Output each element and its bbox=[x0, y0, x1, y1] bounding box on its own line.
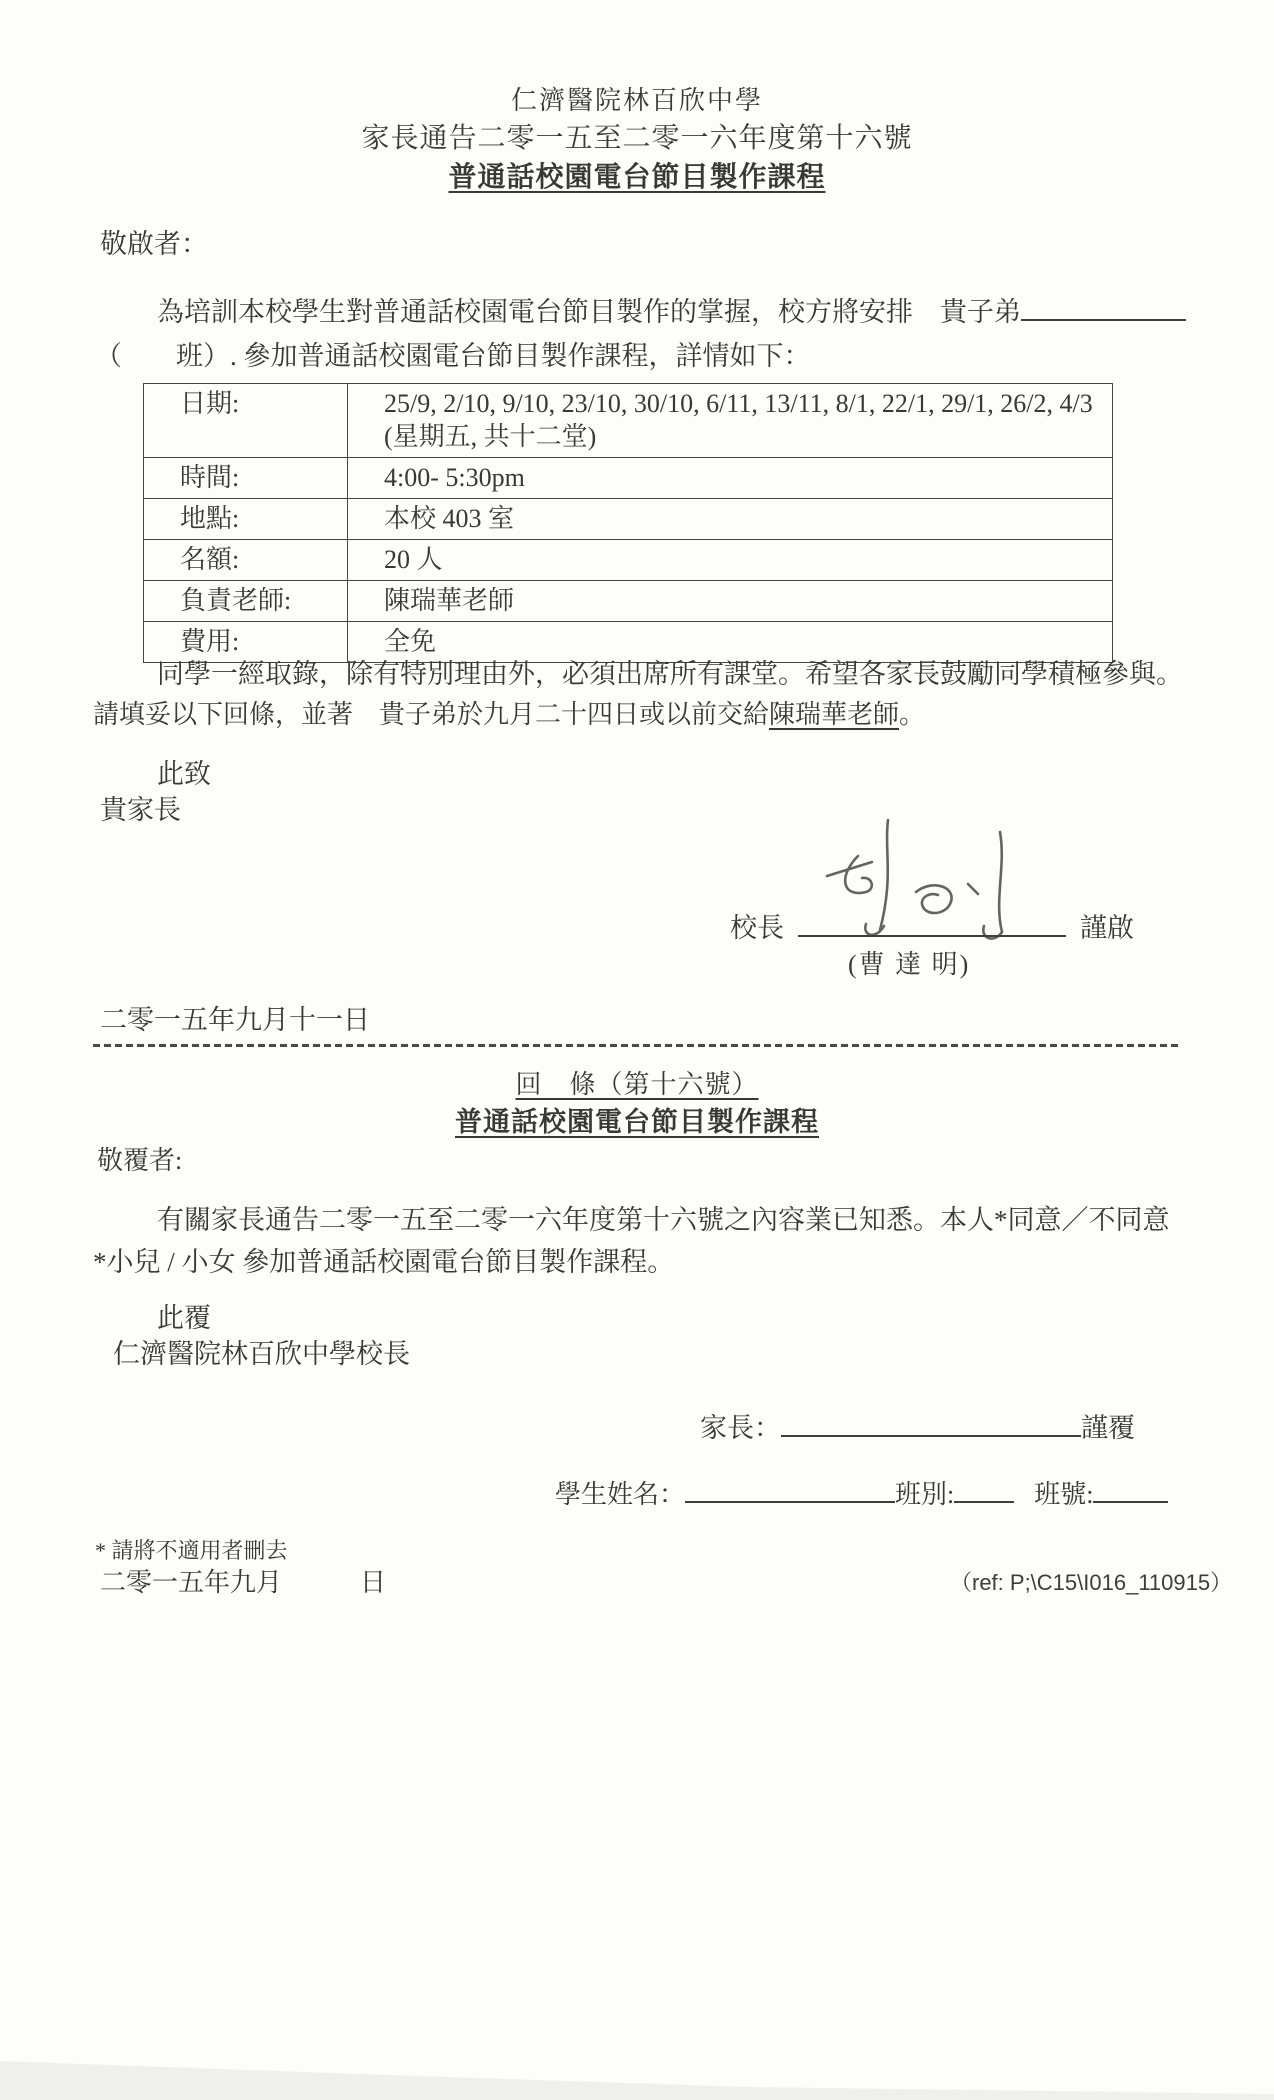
table-row-date: 日期: 25/9, 2/10, 9/10, 23/10, 30/10, 6/11… bbox=[144, 384, 1113, 458]
parent-signature-blank bbox=[781, 1411, 1081, 1437]
notice-title: 普通話校園電台節目製作課程 bbox=[0, 155, 1274, 195]
row-label: 負責老師: bbox=[180, 586, 291, 615]
closing-line-1: 同學一經取錄，除有特別理由外，必須出席所有課堂。希望各家長鼓勵同學積極參與。 bbox=[157, 652, 1183, 691]
reply-slip-title: 普通話校園電台節目製作課程 bbox=[0, 1100, 1274, 1139]
row-label: 日期: bbox=[180, 389, 239, 418]
salutation: 敬啟者： bbox=[100, 222, 208, 261]
cut-dashed-line bbox=[93, 1044, 1180, 1047]
respectfully-label: 謹啟 bbox=[1080, 913, 1134, 943]
class-blank bbox=[954, 1478, 1014, 1503]
reply-slip-heading: 回 條（第十六號） bbox=[0, 1064, 1274, 1101]
class-label: 班別: bbox=[895, 1480, 954, 1509]
document-page: 仁濟醫院林百欣中學 家長通告二零一五至二零一六年度第十六號 普通話校園電台節目製… bbox=[0, 0, 1274, 2100]
reply-body-line-1: 有關家長通告二零一五至二零一六年度第十六號之內容業已知悉。本人*同意／不同意 bbox=[157, 1198, 1170, 1237]
child-name-blank bbox=[1021, 295, 1186, 321]
reply-respectfully-label: 謹覆 bbox=[1081, 1413, 1135, 1443]
student-name-blank bbox=[685, 1478, 895, 1503]
closing-line-2-end: 。 bbox=[899, 700, 925, 729]
row-value: 4:00- 5:30pm bbox=[384, 461, 1102, 494]
details-table: 日期: 25/9, 2/10, 9/10, 23/10, 30/10, 6/11… bbox=[143, 383, 1113, 663]
intro-line-1-text: 為培訓本校學生對普通話校園電台節目製作的掌握，校方將安排 貴子弟 bbox=[157, 297, 1021, 327]
table-row-venue: 地點: 本校 403 室 bbox=[144, 499, 1113, 540]
closing-line-2: 請填妥以下回條，並著 貴子弟於九月二十四日或以前交給陳瑞華老師。 bbox=[93, 694, 925, 731]
addressee: 貴家長 bbox=[100, 788, 181, 827]
reply-slip-title-text: 普通話校園電台節目製作課程 bbox=[455, 1107, 819, 1137]
reply-salutation: 敬覆者: bbox=[97, 1140, 182, 1177]
row-value: 陳瑞華老師 bbox=[384, 584, 1102, 617]
principal-name: (曹 達 明) bbox=[848, 944, 970, 981]
row-value: 20 人 bbox=[384, 543, 1102, 576]
class-no-blank bbox=[1093, 1478, 1168, 1503]
row-label: 地點: bbox=[180, 504, 239, 533]
closing-line-2-text: 請填妥以下回條，並著 貴子弟於九月二十四日或以前交給 bbox=[93, 700, 769, 729]
student-info-row: 學生姓名：班別:班號: bbox=[555, 1474, 1168, 1511]
reference-code: （ref: P;\C15\I016_110915） bbox=[950, 1566, 1232, 1597]
intro-line-2: （ 班）. 參加普通話校園電台節目製作課程，詳情如下： bbox=[95, 334, 811, 373]
row-label: 名額: bbox=[180, 545, 239, 574]
table-row-time: 時間: 4:00- 5:30pm bbox=[144, 458, 1113, 499]
school-name: 仁濟醫院林百欣中學 bbox=[0, 80, 1274, 117]
notice-number-line: 家長通告二零一五至二零一六年度第十六號 bbox=[0, 116, 1274, 156]
class-no-label: 班號: bbox=[1034, 1480, 1093, 1509]
principal-label: 校長 bbox=[730, 913, 784, 943]
student-name-label: 學生姓名： bbox=[555, 1480, 685, 1509]
intro-line-1: 為培訓本校學生對普通話校園電台節目製作的掌握，校方將安排 貴子弟 bbox=[157, 290, 1186, 329]
table-row-quota: 名額: 20 人 bbox=[144, 540, 1113, 581]
row-label: 時間: bbox=[180, 463, 239, 492]
row-value: 本校 403 室 bbox=[384, 502, 1102, 535]
delete-inapplicable-footnote: * 請將不適用者刪去 bbox=[95, 1534, 288, 1565]
reply-letter-close: 此覆 bbox=[157, 1296, 211, 1335]
row-value: 25/9, 2/10, 9/10, 23/10, 30/10, 6/11, 13… bbox=[384, 387, 1102, 420]
signature-row: 校長謹啟 bbox=[730, 906, 1134, 945]
details-table-body: 日期: 25/9, 2/10, 9/10, 23/10, 30/10, 6/11… bbox=[144, 384, 1113, 663]
reply-slip-heading-text: 回 條（第十六號） bbox=[515, 1070, 758, 1099]
notice-title-text: 普通話校園電台節目製作課程 bbox=[448, 162, 825, 193]
row-value-note: (星期五, 共十二堂) bbox=[384, 420, 1102, 453]
teacher-name-underlined: 陳瑞華老師 bbox=[769, 700, 899, 729]
parent-label: 家長： bbox=[700, 1413, 781, 1443]
letter-close: 此致 bbox=[157, 752, 211, 791]
parent-signature-row: 家長：謹覆 bbox=[700, 1406, 1135, 1445]
reply-addressee: 仁濟醫院林百欣中學校長 bbox=[113, 1332, 410, 1371]
signature-area: 校長謹啟 (曹 達 明) bbox=[730, 820, 1170, 1000]
reply-date-line: 二零一五年九月 日 bbox=[100, 1562, 386, 1599]
signature-line bbox=[798, 911, 1066, 937]
notice-date: 二零一五年九月十一日 bbox=[100, 998, 370, 1037]
reply-body-line-2: *小兒 / 小女 參加普通話校園電台節目製作課程。 bbox=[93, 1240, 674, 1279]
scan-bottom-edge bbox=[0, 2040, 1274, 2100]
table-row-teacher: 負責老師: 陳瑞華老師 bbox=[144, 581, 1113, 622]
